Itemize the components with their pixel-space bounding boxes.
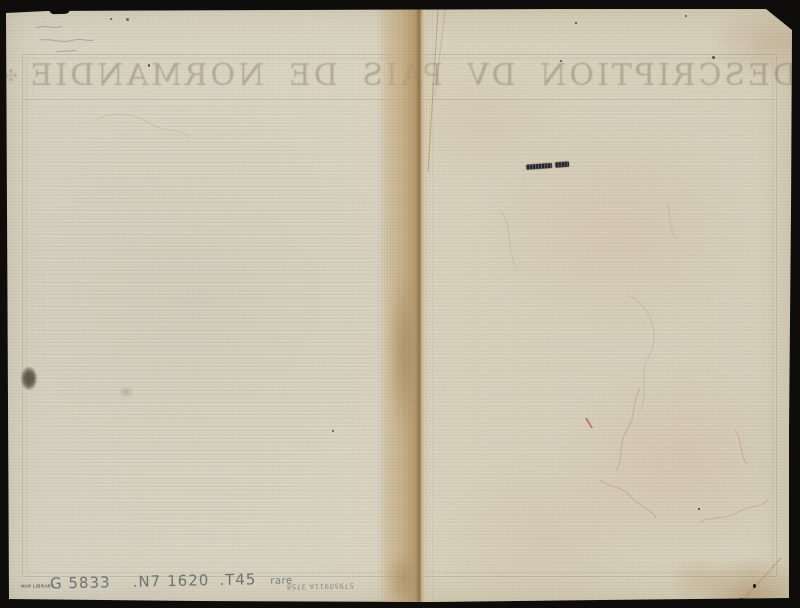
call-number-segment: .T45	[219, 570, 256, 589]
scanner-clip-notch	[49, 0, 70, 14]
call-number-segment: .N7	[132, 572, 161, 591]
stamp-text-bar	[526, 162, 552, 169]
map-sheet-verso: DESCRIPTION DV PAIS DE NORMANDIE ✣	[0, 0, 800, 608]
show-through-text-block-right	[432, 106, 776, 568]
paper-speck	[560, 60, 562, 62]
fold-stain-bottom	[385, 552, 419, 606]
paper-speck	[126, 18, 129, 21]
title-ornament: ✣	[1, 66, 17, 85]
show-through-text-block-left	[30, 106, 378, 568]
ink-smudge	[21, 367, 37, 390]
paper-speck	[698, 508, 700, 510]
library-stamp: MAP LIBRARY	[21, 585, 54, 589]
paper-speck	[740, 598, 743, 601]
stamp-text-bar	[555, 162, 569, 168]
pencil-smudge	[118, 386, 134, 398]
call-number-segment: 1620	[167, 571, 210, 590]
paper-speck	[110, 18, 112, 20]
paper-speck	[148, 64, 150, 67]
paper-speck	[685, 15, 687, 17]
paper-speck	[575, 22, 577, 24]
paper-speck	[712, 56, 715, 59]
scanner-bed: DESCRIPTION DV PAIS DE NORMANDIE ✣	[0, 0, 800, 608]
paper-speck	[332, 430, 334, 432]
inverted-accession-number: 57950911A 3758	[283, 581, 357, 590]
call-number-segment: G 5833	[50, 573, 111, 592]
call-number: G 5833 .N7 1620 .T45 rare	[50, 569, 293, 592]
fold-stain-middle	[388, 268, 418, 436]
paper-speck	[753, 584, 756, 588]
